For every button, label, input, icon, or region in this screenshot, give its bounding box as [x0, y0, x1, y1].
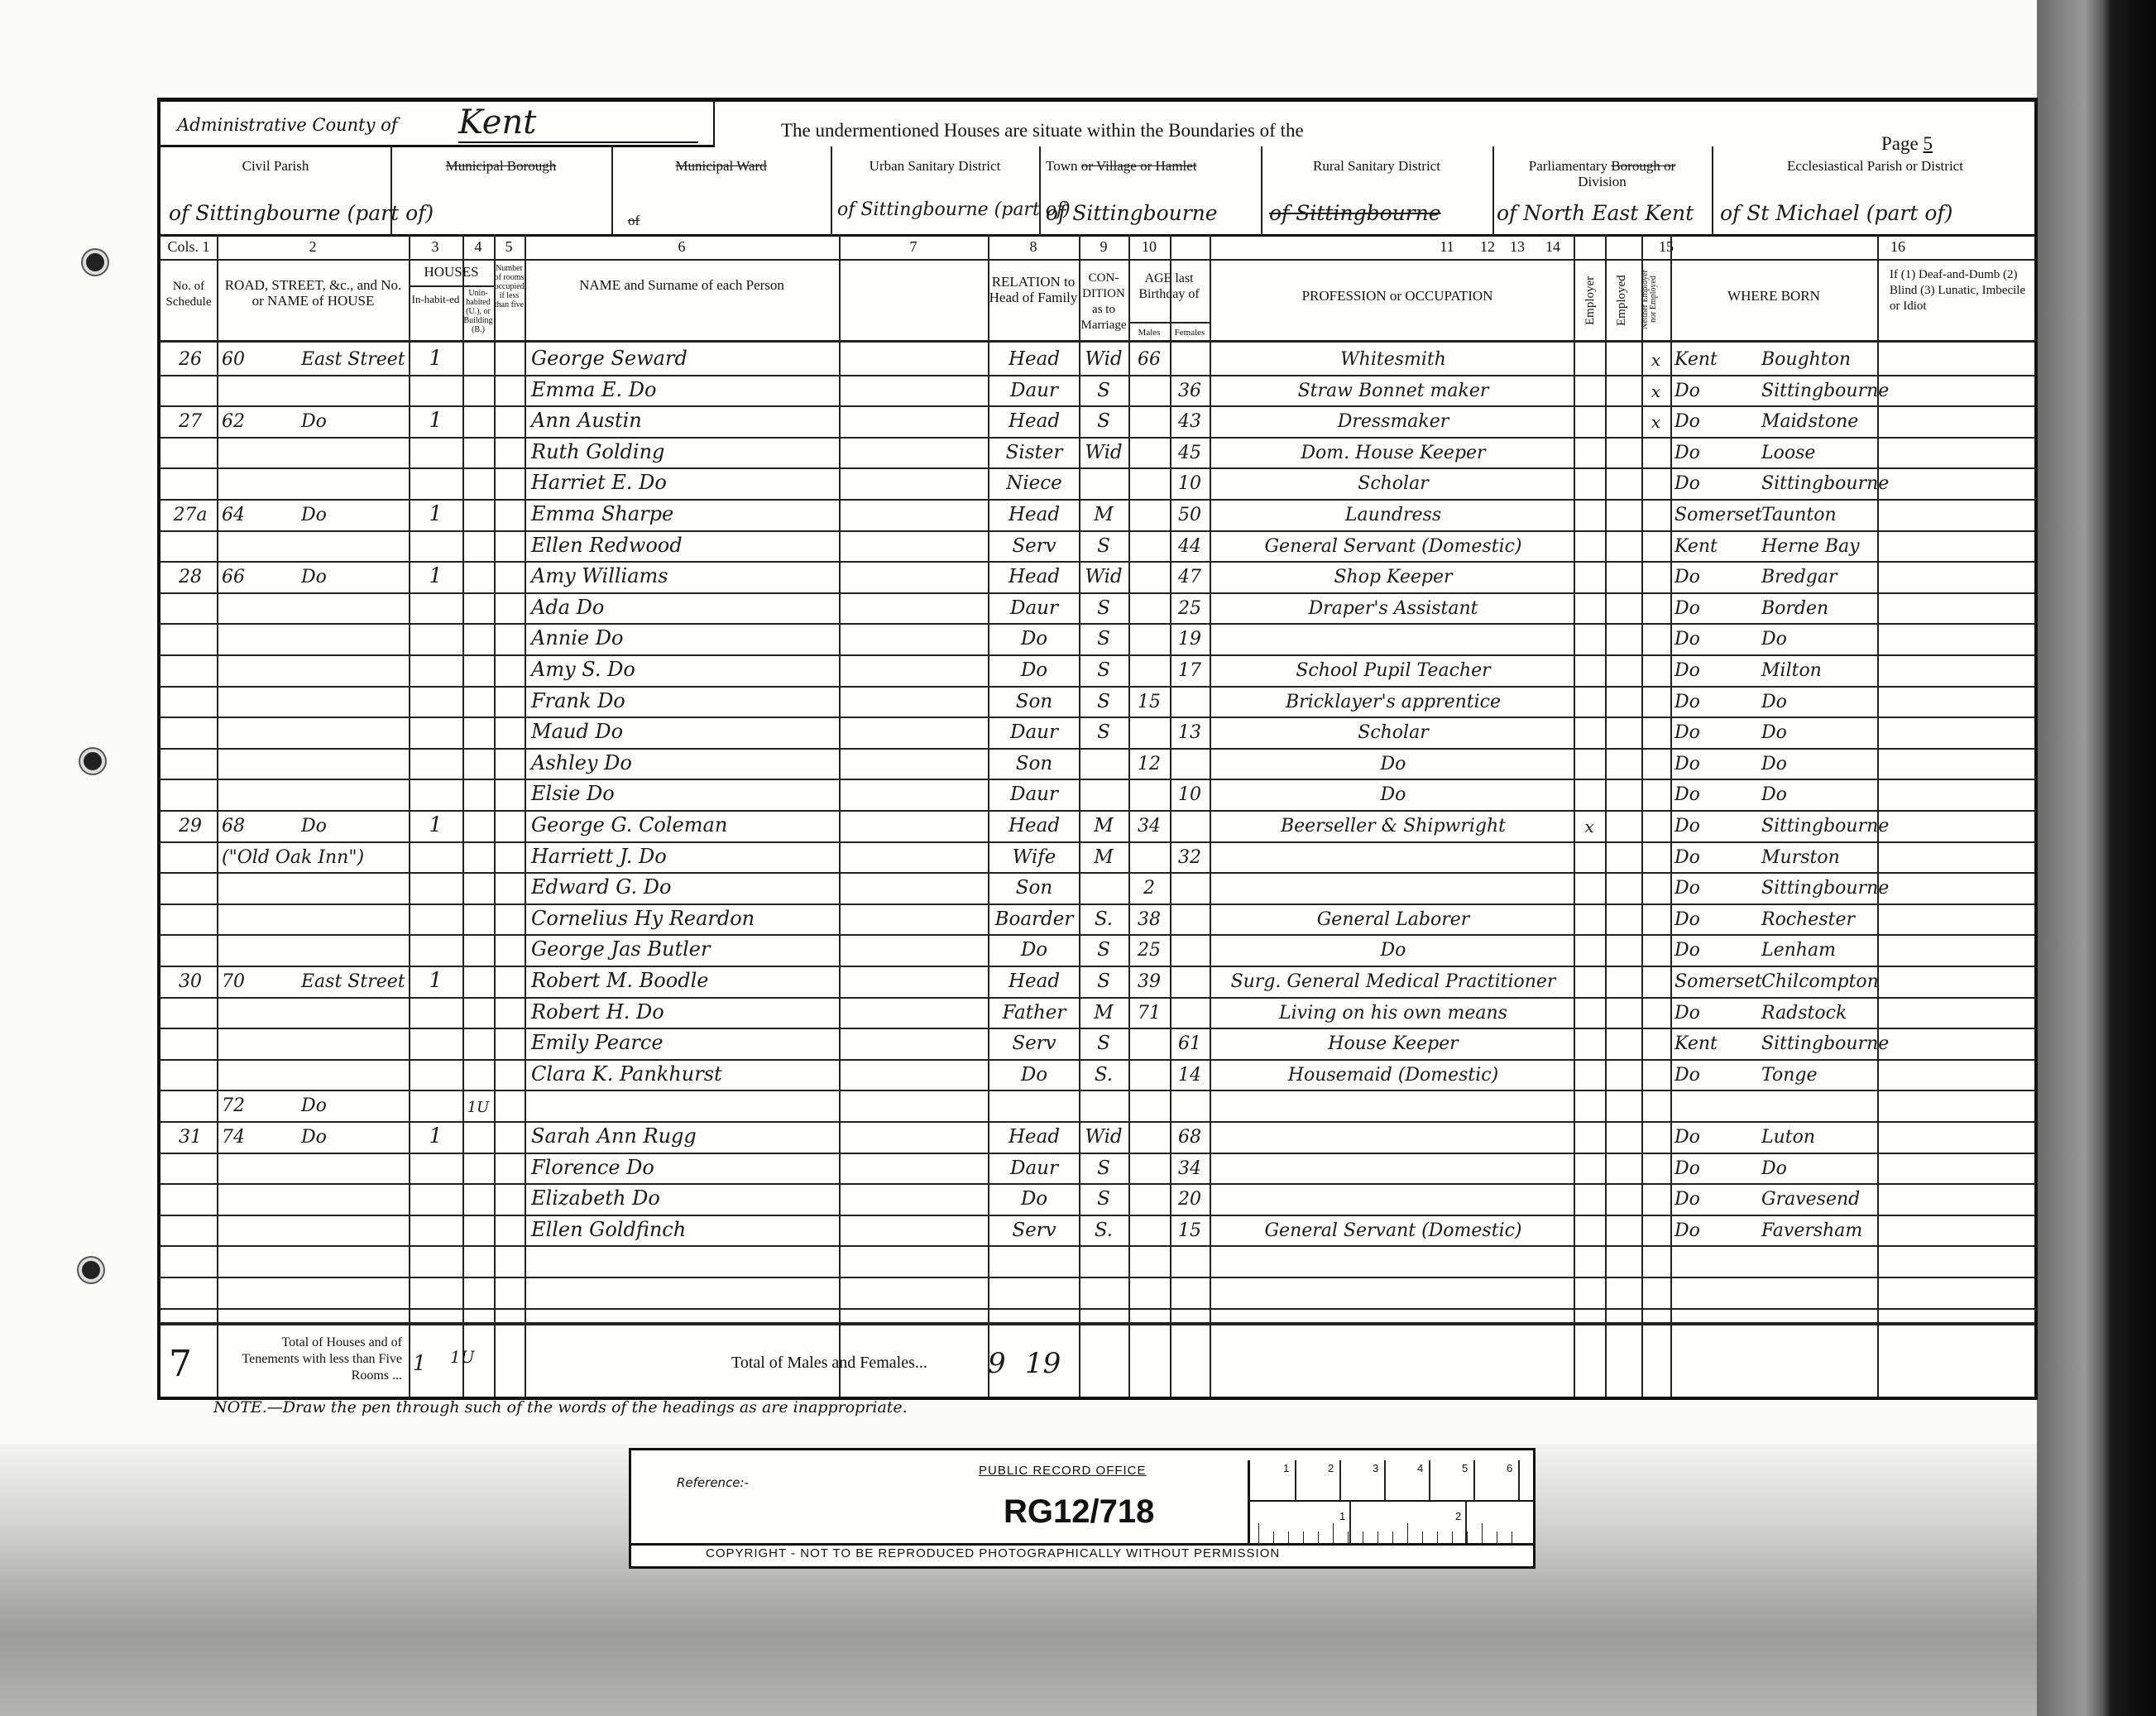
relation: Do	[989, 1059, 1079, 1090]
header-rooms: Number of rooms occupied if less than fi…	[494, 264, 525, 309]
person-name: Ellen Goldfinch	[531, 1215, 839, 1246]
born-place: Sittingbourne	[1761, 467, 1877, 499]
inhabited-count	[409, 467, 462, 499]
employer-mark	[1574, 530, 1605, 562]
rooms-count	[494, 841, 525, 873]
uninhabited-mark: 1U	[462, 1090, 494, 1121]
born-county: Somerset	[1674, 966, 1757, 997]
inhabited-count	[409, 904, 462, 935]
rooms-count	[494, 405, 525, 437]
table-row: Emily PearceServS61House KeeperKentSitti…	[161, 1028, 2034, 1059]
inhabited-count: 1	[409, 343, 462, 375]
relation: Do	[989, 1183, 1079, 1215]
pro-title: PUBLIC RECORD OFFICE	[979, 1464, 1147, 1478]
punch-hole-icon	[79, 1258, 103, 1282]
born-county	[1674, 1090, 1757, 1121]
table-row: Ashley DoSon12DoDoDo	[161, 748, 2034, 779]
born-place: Milton	[1761, 654, 1877, 686]
born-place: Do	[1761, 623, 1877, 654]
address-number: 74	[222, 1121, 280, 1153]
person-name: Robert H. Do	[531, 997, 839, 1028]
column-number: 7	[889, 238, 938, 256]
address-number	[222, 1059, 280, 1090]
person-name: Elsie Do	[531, 779, 839, 810]
address-number	[222, 592, 280, 624]
table-row: Frank DoSonS15Bricklayer's apprenticeDoD…	[161, 686, 2034, 717]
neither-mark	[1641, 717, 1670, 748]
headings-note: NOTE.—Draw the pen through such of the w…	[213, 1398, 908, 1416]
rooms-count	[494, 686, 525, 717]
person-name: Cornelius Hy Reardon	[531, 904, 839, 935]
occupation: House Keeper	[1213, 1028, 1574, 1059]
employed-mark	[1605, 686, 1641, 717]
division-value-urban-sanitary: of Sittingbourne (part of)	[837, 199, 1071, 220]
address-street	[301, 1215, 409, 1246]
male-age	[1128, 592, 1170, 624]
employer-mark	[1574, 405, 1605, 437]
condition: S	[1079, 654, 1128, 686]
uninhabited-mark	[462, 748, 494, 779]
address-street	[301, 779, 409, 810]
inhabited-count	[409, 717, 462, 748]
inhabited-count	[409, 748, 462, 779]
schedule-number	[165, 934, 215, 966]
employed-mark	[1605, 872, 1641, 904]
born-place: Do	[1761, 748, 1877, 779]
scale-top-label: 3	[1373, 1462, 1378, 1474]
header-inhabited: In-habit-ed	[409, 294, 462, 305]
inhabited-count: 1	[409, 499, 462, 530]
reference-value: RG12/718	[1004, 1493, 1154, 1531]
condition: Wid	[1079, 437, 1128, 468]
schedule-number: 29	[165, 810, 215, 841]
column-number: 15	[1641, 238, 1691, 256]
neither-mark	[1641, 499, 1670, 530]
male-age	[1128, 467, 1170, 499]
rooms-count	[494, 1183, 525, 1215]
person-name: Ellen Redwood	[531, 530, 839, 562]
table-row: Harriet E. DoNiece10ScholarDoSittingbour…	[161, 467, 2034, 499]
division-label-parliamentary: Parliamentary Borough or Division	[1492, 158, 1712, 189]
address-number	[222, 686, 280, 717]
neither-mark	[1641, 1059, 1670, 1090]
occupation: Do	[1213, 934, 1574, 966]
female-age: 13	[1170, 717, 1210, 748]
condition: S.	[1079, 1059, 1128, 1090]
schedule-number	[165, 904, 215, 935]
occupation: General Servant (Domestic)	[1213, 1215, 1574, 1246]
address-street	[301, 375, 409, 406]
neither-mark	[1641, 467, 1670, 499]
schedule-number	[165, 592, 215, 624]
schedule-number: 27a	[165, 499, 215, 530]
employer-mark	[1574, 717, 1605, 748]
uninhabited-mark	[462, 499, 494, 530]
occupation: Laundress	[1213, 499, 1574, 530]
occupation: Do	[1213, 779, 1574, 810]
uninhabited-mark	[462, 623, 494, 654]
born-county: Do	[1674, 654, 1757, 686]
occupation: Dressmaker	[1213, 405, 1574, 437]
born-place: Chilcompton	[1761, 966, 1877, 997]
address-street: East Street	[301, 343, 409, 375]
inhabited-count	[409, 1059, 462, 1090]
infirmity	[1877, 810, 2034, 841]
uninhabited-mark	[462, 592, 494, 624]
infirmity	[1877, 343, 2034, 375]
address-street	[301, 872, 409, 904]
occupation: Scholar	[1213, 717, 1574, 748]
boundaries-text: The undermentioned Houses are situate wi…	[781, 120, 1304, 141]
infirmity	[1877, 686, 2034, 717]
address-number	[222, 904, 280, 935]
address-number	[222, 934, 280, 966]
infirmity	[1877, 1183, 2034, 1215]
employed-mark	[1605, 1215, 1641, 1246]
female-age: 44	[1170, 530, 1210, 562]
table-row: Cornelius Hy ReardonBoarderS.38General L…	[161, 904, 2034, 935]
schedule-number: 30	[165, 966, 215, 997]
column-number: 10	[1124, 238, 1174, 256]
address-street	[301, 623, 409, 654]
uninhabited-mark	[462, 530, 494, 562]
schedule-number: 28	[165, 561, 215, 592]
inhabited-count	[409, 779, 462, 810]
uninhabited-mark	[462, 686, 494, 717]
person-name: Harriet E. Do	[531, 467, 839, 499]
male-age	[1128, 1028, 1170, 1059]
schedule-number	[165, 623, 215, 654]
relation: Do	[989, 623, 1079, 654]
employed-mark	[1605, 405, 1641, 437]
condition: S	[1079, 686, 1128, 717]
relation: Niece	[989, 467, 1079, 499]
schedule-number: 31	[165, 1121, 215, 1153]
column-number: 6	[657, 238, 707, 256]
table-row: Florence DoDaurS34DoDo	[161, 1153, 2034, 1184]
table-row: Emma E. DoDaurS36Straw Bonnet makerxDoSi…	[161, 375, 2034, 406]
neither-mark	[1641, 623, 1670, 654]
table-row: Ruth GoldingSisterWid45Dom. House Keeper…	[161, 437, 2034, 468]
infirmity	[1877, 592, 2034, 624]
relation: Head	[989, 561, 1079, 592]
male-age: 71	[1128, 997, 1170, 1028]
person-name: George Seward	[531, 343, 839, 375]
address-street	[301, 437, 409, 468]
occupation: Whitesmith	[1213, 343, 1574, 375]
address-number	[222, 467, 280, 499]
inhabited-count	[409, 1153, 462, 1184]
infirmity	[1877, 654, 2034, 686]
schedule-number: 26	[165, 343, 215, 375]
neither-mark	[1641, 561, 1670, 592]
neither-mark: x	[1641, 343, 1670, 375]
born-place: Sittingbourne	[1761, 810, 1877, 841]
schedule-number	[165, 748, 215, 779]
born-county: Do	[1674, 561, 1757, 592]
male-age	[1128, 530, 1170, 562]
rooms-count	[494, 623, 525, 654]
male-age	[1128, 779, 1170, 810]
neither-mark	[1641, 654, 1670, 686]
uninhabited-mark	[462, 467, 494, 499]
header-uninhabited: Unin-habited (U.), or Building (B.)	[462, 289, 494, 334]
address-street	[301, 997, 409, 1028]
employed-mark	[1605, 654, 1641, 686]
occupation	[1213, 623, 1574, 654]
employed-mark	[1605, 904, 1641, 935]
occupation: Do	[1213, 748, 1574, 779]
relation: Father	[989, 997, 1079, 1028]
employed-mark	[1605, 966, 1641, 997]
employed-mark	[1605, 592, 1641, 624]
address-street: Do	[301, 405, 409, 437]
condition	[1079, 1090, 1128, 1121]
born-county: Do	[1674, 467, 1757, 499]
header-females: Females	[1170, 325, 1210, 341]
condition: M	[1079, 997, 1128, 1028]
infirmity	[1877, 1090, 2034, 1121]
address-number	[222, 437, 280, 468]
employer-mark	[1574, 966, 1605, 997]
address-street: Do	[301, 561, 409, 592]
employer-mark	[1574, 1153, 1605, 1184]
infirmity	[1877, 779, 2034, 810]
neither-mark	[1641, 1215, 1670, 1246]
born-place: Rochester	[1761, 904, 1877, 935]
male-age	[1128, 1153, 1170, 1184]
occupation: Shop Keeper	[1213, 561, 1574, 592]
female-age: 43	[1170, 405, 1210, 437]
female-age: 15	[1170, 1215, 1210, 1246]
condition: Wid	[1079, 343, 1128, 375]
person-name: Maud Do	[531, 717, 839, 748]
born-place	[1761, 1090, 1877, 1121]
uninhabited-mark	[462, 1215, 494, 1246]
page-number: 5	[1923, 133, 1933, 154]
neither-mark	[1641, 1153, 1670, 1184]
header-name: NAME and Surname of each Person	[533, 277, 831, 293]
relation: Daur	[989, 592, 1079, 624]
division-label-rural-sanitary: Rural Sanitary District	[1261, 158, 1492, 174]
born-county: Kent	[1674, 1028, 1757, 1059]
male-age: 25	[1128, 934, 1170, 966]
person-name	[531, 1090, 839, 1121]
address-street	[301, 530, 409, 562]
address-number	[222, 623, 280, 654]
table-row: Elsie DoDaur10DoDoDo	[161, 779, 2034, 810]
rooms-count	[494, 437, 525, 468]
address-number: ("Old Oak Inn")	[222, 841, 280, 873]
uninhabited-mark	[462, 343, 494, 375]
male-age	[1128, 437, 1170, 468]
address-number	[222, 654, 280, 686]
address-street	[301, 1059, 409, 1090]
employed-mark	[1605, 467, 1641, 499]
inhabited-count	[409, 530, 462, 562]
address-number	[222, 1153, 280, 1184]
born-place: Maidstone	[1761, 405, 1877, 437]
condition: S	[1079, 934, 1128, 966]
header-schedule: No. of Schedule	[162, 279, 215, 310]
employer-mark	[1574, 748, 1605, 779]
division-label-town: Town or Village or Hamlet	[1046, 158, 1261, 174]
rooms-count	[494, 1059, 525, 1090]
female-age	[1170, 997, 1210, 1028]
inhabited-count	[409, 1183, 462, 1215]
male-age	[1128, 654, 1170, 686]
relation: Son	[989, 872, 1079, 904]
rooms-count	[494, 499, 525, 530]
table-row: 2660East Street1George SewardHeadWid66Wh…	[161, 343, 2034, 375]
infirmity	[1877, 405, 2034, 437]
scale-top-label: 1	[1283, 1462, 1289, 1474]
employed-mark	[1605, 1153, 1641, 1184]
infirmity	[1877, 904, 2034, 935]
male-age	[1128, 841, 1170, 873]
male-age: 2	[1128, 872, 1170, 904]
inhabited-count: 1	[409, 405, 462, 437]
employed-mark	[1605, 437, 1641, 468]
female-age: 19	[1170, 623, 1210, 654]
rooms-count	[494, 904, 525, 935]
male-age	[1128, 623, 1170, 654]
employed-mark	[1605, 499, 1641, 530]
employer-mark	[1574, 1090, 1605, 1121]
employer-mark	[1574, 1121, 1605, 1153]
born-county: Do	[1674, 623, 1757, 654]
county-box: Administrative County of Kent	[161, 102, 715, 147]
uninhabited-mark	[462, 841, 494, 873]
infirmity	[1877, 841, 2034, 873]
female-age: 45	[1170, 437, 1210, 468]
male-age	[1128, 405, 1170, 437]
neither-mark	[1641, 592, 1670, 624]
born-county: Do	[1674, 748, 1757, 779]
occupation: Bricklayer's apprentice	[1213, 686, 1574, 717]
relation: Serv	[989, 1215, 1079, 1246]
infirmity	[1877, 530, 2034, 562]
employed-mark	[1605, 623, 1641, 654]
scale-top-label: 6	[1507, 1462, 1512, 1474]
uninhabited-mark	[462, 375, 494, 406]
person-name: George Jas Butler	[531, 934, 839, 966]
born-place: Radstock	[1761, 997, 1877, 1028]
column-number: 16	[1873, 238, 1923, 256]
employed-mark	[1605, 717, 1641, 748]
relation: Head	[989, 966, 1079, 997]
male-age	[1128, 561, 1170, 592]
relation: Head	[989, 343, 1079, 375]
occupation	[1213, 841, 1574, 873]
inhabited-count: 1	[409, 561, 462, 592]
female-age: 25	[1170, 592, 1210, 624]
division-label-municipal-ward: Municipal Ward	[611, 158, 831, 174]
born-place: Lenham	[1761, 934, 1877, 966]
rooms-count	[494, 343, 525, 375]
born-county: Do	[1674, 405, 1757, 437]
neither-mark: x	[1641, 375, 1670, 406]
employer-mark	[1574, 1028, 1605, 1059]
uninhabited-mark	[462, 966, 494, 997]
address-street	[301, 1183, 409, 1215]
employer-mark	[1574, 1059, 1605, 1090]
inhabited-count	[409, 375, 462, 406]
table-row: 2968Do1George G. ColemanHeadM34Beerselle…	[161, 810, 2034, 841]
inhabited-count	[409, 934, 462, 966]
address-number	[222, 779, 280, 810]
condition: S	[1079, 405, 1128, 437]
person-name: Robert M. Boodle	[531, 966, 839, 997]
born-place: Tonge	[1761, 1059, 1877, 1090]
reference-slip: Reference:- PUBLIC RECORD OFFICE RG12/71…	[629, 1448, 1536, 1569]
born-place: Bredgar	[1761, 561, 1877, 592]
punch-hole-icon	[83, 250, 108, 275]
header-where-born: WHERE BORN	[1670, 288, 1877, 304]
address-number	[222, 748, 280, 779]
male-age	[1128, 717, 1170, 748]
born-place: Do	[1761, 717, 1877, 748]
infirmity	[1877, 1121, 2034, 1153]
person-name: Harriett J. Do	[531, 841, 839, 873]
address-number: 70	[222, 966, 280, 997]
female-age: 32	[1170, 841, 1210, 873]
born-county: Do	[1674, 1059, 1757, 1090]
relation: Do	[989, 654, 1079, 686]
occupation: Housemaid (Domestic)	[1213, 1059, 1574, 1090]
address-number	[222, 872, 280, 904]
schedule-number	[165, 1028, 215, 1059]
schedule-number	[165, 841, 215, 873]
address-street	[301, 748, 409, 779]
female-age	[1170, 934, 1210, 966]
table-row: 3070East Street1Robert M. BoodleHeadS39S…	[161, 966, 2034, 997]
born-place: Taunton	[1761, 499, 1877, 530]
condition: S	[1079, 1028, 1128, 1059]
copyright-notice: COPYRIGHT - NOT TO BE REPRODUCED PHOTOGR…	[706, 1546, 1280, 1560]
rooms-count	[494, 1153, 525, 1184]
born-county: Do	[1674, 810, 1757, 841]
division-label-ecclesiastical: Ecclesiastical Parish or District	[1716, 158, 2034, 174]
table-row: Ellen GoldfinchServS.15General Servant (…	[161, 1215, 2034, 1246]
uninhabited-mark	[462, 997, 494, 1028]
born-county: Kent	[1674, 530, 1757, 562]
inhabited-count	[409, 1090, 462, 1121]
rooms-count	[494, 966, 525, 997]
rooms-count	[494, 997, 525, 1028]
relation: Son	[989, 686, 1079, 717]
header-age: AGE last Birthday of	[1128, 271, 1210, 302]
employed-mark	[1605, 375, 1641, 406]
male-age	[1128, 1059, 1170, 1090]
table-row: Clara K. PankhurstDoS.14Housemaid (Domes…	[161, 1059, 2034, 1090]
uninhabited-mark	[462, 1059, 494, 1090]
division-label-urban-sanitary: Urban Sanitary District	[831, 158, 1039, 174]
born-place: Sittingbourne	[1761, 375, 1877, 406]
occupation: Straw Bonnet maker	[1213, 375, 1574, 406]
female-age	[1170, 343, 1210, 375]
neither-mark	[1641, 904, 1670, 935]
infirmity	[1877, 997, 2034, 1028]
punch-hole-icon	[80, 749, 105, 774]
occupation: General Laborer	[1213, 904, 1574, 935]
infirmity	[1877, 561, 2034, 592]
relation: Sister	[989, 437, 1079, 468]
female-age: 50	[1170, 499, 1210, 530]
relation: Wife	[989, 841, 1079, 873]
neither-mark	[1641, 934, 1670, 966]
column-number: 3	[410, 238, 460, 256]
